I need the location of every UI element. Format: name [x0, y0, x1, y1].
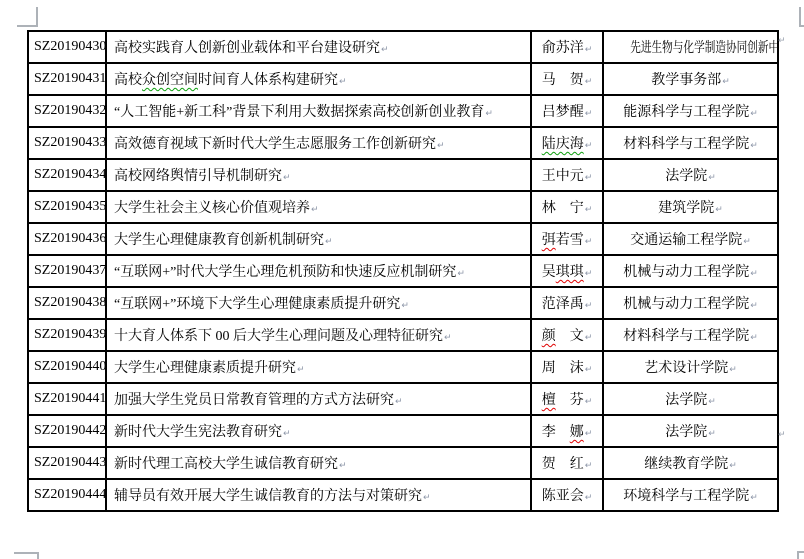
table-row: SZ20190435↵大学生社会主义核心价值观培养↵林 宁↵建筑学院↵	[28, 191, 778, 223]
end-of-cell-mark: ↵	[283, 429, 291, 439]
cell-text: 周 沫	[542, 361, 584, 376]
end-of-cell-mark: ↵	[283, 173, 291, 183]
cell-text: 时间育人体系构建研究	[198, 73, 338, 88]
end-of-cell-mark: ↵	[585, 109, 593, 119]
cell-text: 机械与动力工程学院	[623, 297, 749, 312]
end-of-cell-mark: ↵	[585, 461, 593, 471]
end-of-cell-mark: ↵	[585, 173, 593, 183]
end-of-cell-mark: ↵	[715, 205, 723, 215]
department-cell[interactable]: 机械与动力工程学院↵	[603, 287, 778, 319]
project-title-cell[interactable]: “人工智能+新工科”背景下利用大数据探索高校创新创业教育↵	[106, 95, 531, 127]
end-of-cell-mark: ↵	[401, 301, 409, 311]
projects-table: SZ20190430↵高校实践育人创新创业载体和平台建设研究↵俞苏洋↵先进生物与…	[27, 30, 779, 512]
end-of-cell-mark: ↵	[729, 461, 737, 471]
end-of-cell-mark: ↵	[585, 237, 593, 247]
cell-text: 继续教育学院	[644, 457, 728, 472]
cell-text: SZ20190433	[34, 135, 106, 150]
end-of-cell-mark: ↵	[585, 141, 593, 151]
project-title-cell[interactable]: 加强大学生党员日常教育管理的方式方法研究↵	[106, 383, 531, 415]
cell-text: SZ20190431	[34, 71, 106, 86]
end-of-cell-mark: ↵	[381, 45, 389, 55]
department-cell[interactable]: 法学院↵	[603, 415, 778, 447]
cell-text: 艺术设计学院	[644, 361, 728, 376]
cell-text: 新时代大学生宪法教育研究	[114, 425, 282, 440]
cell-text: 芬	[556, 393, 584, 408]
cell-text: SZ20190441	[34, 391, 106, 406]
cell-text: 大学生社会主义核心价值观培养	[114, 201, 310, 216]
cell-text: 新时代理工高校大学生诚信教育研究	[114, 457, 338, 472]
cell-text: 法学院	[665, 425, 707, 440]
cell-text: SZ20190444	[34, 487, 106, 502]
project-title-cell[interactable]: 十大育人体系下 00 后大学生心理问题及心理特征研究↵	[106, 319, 531, 351]
cell-text: 高效德育视域下新时代大学生志愿服务工作创新研究	[114, 137, 436, 152]
end-of-cell-mark: ↵	[395, 397, 403, 407]
spellcheck-marked-text: 檀	[542, 393, 556, 408]
table-row: SZ20190432↵“人工智能+新工科”背景下利用大数据探索高校创新创业教育↵…	[28, 95, 778, 127]
end-of-cell-mark: ↵	[585, 397, 593, 407]
cell-text: 加强大学生党员日常教育管理的方式方法研究	[114, 393, 394, 408]
leader-name-cell[interactable]: 颜 文↵	[531, 319, 603, 351]
cell-text: 先进生物与化学制造协同创新中心	[630, 41, 778, 56]
margin-crop-mark-top-left	[36, 7, 38, 26]
department-cell[interactable]: 先进生物与化学制造协同创新中心↵	[603, 31, 778, 63]
cell-text: SZ20190432	[34, 103, 106, 118]
cell-text: 环境科学与工程学院	[623, 489, 749, 504]
end-of-cell-mark: ↵	[750, 269, 758, 279]
end-of-cell-mark: ↵	[457, 269, 465, 279]
table-row: SZ20190433↵高效德育视域下新时代大学生志愿服务工作创新研究↵陆庆海↵材…	[28, 127, 778, 159]
department-cell[interactable]: 交通运输工程学院↵	[603, 223, 778, 255]
cell-text: “人工智能+新工科”背景下利用大数据探索高校创新创业教育	[114, 105, 484, 120]
cell-text: 文	[556, 329, 584, 344]
table-row: SZ20190436↵大学生心理健康教育创新机制研究↵弭若雪↵交通运输工程学院↵	[28, 223, 778, 255]
cell-text: 吕梦醒	[542, 105, 584, 120]
project-id-cell[interactable]: SZ20190438↵	[28, 287, 106, 319]
leader-name-cell[interactable]: 贺 红↵	[531, 447, 603, 479]
cell-text: 范泽禹	[542, 297, 584, 312]
department-cell[interactable]: 材料科学与工程学院↵	[603, 319, 778, 351]
end-of-cell-mark: ↵	[585, 493, 593, 503]
end-of-cell-mark: ↵	[750, 141, 758, 151]
end-of-cell-mark: ↵	[585, 77, 593, 87]
cell-text: 机械与动力工程学院	[623, 265, 749, 280]
leader-name-cell[interactable]: 陈亚会↵	[531, 479, 603, 511]
cell-text: “互联网+”时代大学生心理危机预防和快速反应机制研究	[114, 265, 456, 280]
cell-text: 王中元	[542, 169, 584, 184]
table-row: SZ20190443↵新时代理工高校大学生诚信教育研究↵贺 红↵继续教育学院↵	[28, 447, 778, 479]
project-id-cell[interactable]: SZ20190433↵	[28, 127, 106, 159]
cell-text: 材料科学与工程学院	[623, 329, 749, 344]
cell-text: SZ20190437	[34, 263, 106, 278]
table-row: SZ20190442↵新时代大学生宪法教育研究↵李 娜↵法学院↵	[28, 415, 778, 447]
project-id-cell[interactable]: SZ20190436↵	[28, 223, 106, 255]
leader-name-cell[interactable]: 吕梦醒↵	[531, 95, 603, 127]
end-of-cell-mark: ↵	[750, 301, 758, 311]
leader-name-cell[interactable]: 俞苏洋↵	[531, 31, 603, 63]
department-cell[interactable]: 法学院↵	[603, 159, 778, 191]
end-of-cell-mark: ↵	[750, 493, 758, 503]
department-cell[interactable]: 继续教育学院↵	[603, 447, 778, 479]
project-id-cell[interactable]: SZ20190439↵	[28, 319, 106, 351]
cell-text: 法学院	[665, 169, 707, 184]
project-id-cell[interactable]: SZ20190431↵	[28, 63, 106, 95]
leader-name-cell[interactable]: 吴琪琪↵	[531, 255, 603, 287]
leader-name-cell[interactable]: 李 娜↵	[531, 415, 603, 447]
table-row: SZ20190439↵十大育人体系下 00 后大学生心理问题及心理特征研究↵颜 …	[28, 319, 778, 351]
department-cell[interactable]: 环境科学与工程学院↵	[603, 479, 778, 511]
compressed-text: 先进生物与化学制造协同创新中心↵	[630, 37, 778, 57]
leader-name-cell[interactable]: 王中元↵	[531, 159, 603, 191]
end-of-cell-mark: ↵	[437, 141, 445, 151]
row-end-mark: ↵	[778, 430, 786, 440]
end-of-cell-mark: ↵	[325, 237, 333, 247]
project-id-cell[interactable]: SZ20190435↵	[28, 191, 106, 223]
project-title-cell[interactable]: 辅导员有效开展大学生诚信教育的方法与对策研究↵	[106, 479, 531, 511]
cell-text: SZ20190443	[34, 455, 106, 470]
row-end-mark: ↵	[778, 36, 786, 46]
cell-text: 教学事务部	[651, 73, 721, 88]
department-cell[interactable]: 建筑学院↵	[603, 191, 778, 223]
end-of-cell-mark: ↵	[708, 429, 716, 439]
leader-name-cell[interactable]: 檀 芬↵	[531, 383, 603, 415]
spellcheck-marked-text: 弭	[542, 233, 556, 248]
cell-text: 十大育人体系下 00 后大学生心理问题及心理特征研究	[114, 329, 443, 344]
end-of-cell-mark: ↵	[708, 397, 716, 407]
project-id-cell[interactable]: SZ20190441↵	[28, 383, 106, 415]
end-of-cell-mark: ↵	[585, 301, 593, 311]
department-cell[interactable]: 教学事务部↵	[603, 63, 778, 95]
cell-text: 交通运输工程学院	[630, 233, 742, 248]
end-of-cell-mark: ↵	[339, 77, 347, 87]
cell-text: 大学生心理健康素质提升研究	[114, 361, 296, 376]
table-row: SZ20190444↵辅导员有效开展大学生诚信教育的方法与对策研究↵陈亚会↵环境…	[28, 479, 778, 511]
department-cell[interactable]: 艺术设计学院↵	[603, 351, 778, 383]
spellcheck-marked-text: 陆庆海	[542, 137, 584, 152]
end-of-cell-mark: ↵	[585, 333, 593, 343]
project-id-cell[interactable]: SZ20190430↵	[28, 31, 106, 63]
margin-crop-mark-top-right	[799, 25, 804, 27]
end-of-cell-mark: ↵	[750, 109, 758, 119]
cell-text: 法学院	[665, 393, 707, 408]
cell-text: 高校	[114, 73, 142, 88]
cell-text: SZ20190434	[34, 167, 106, 182]
leader-name-cell[interactable]: 周 沫↵	[531, 351, 603, 383]
end-of-cell-mark: ↵	[750, 333, 758, 343]
project-title-cell[interactable]: 高校网络舆情引导机制研究↵	[106, 159, 531, 191]
project-title-cell[interactable]: 新时代大学生宪法教育研究↵	[106, 415, 531, 447]
table-row: SZ20190440↵大学生心理健康素质提升研究↵周 沫↵艺术设计学院↵	[28, 351, 778, 383]
project-title-cell[interactable]: 新时代理工高校大学生诚信教育研究↵	[106, 447, 531, 479]
project-title-cell[interactable]: 大学生心理健康教育创新机制研究↵	[106, 223, 531, 255]
end-of-cell-mark: ↵	[585, 365, 593, 375]
cell-text: 材料科学与工程学院	[623, 137, 749, 152]
margin-crop-mark-bottom-left	[37, 552, 39, 559]
cell-text: SZ20190442	[34, 423, 106, 438]
end-of-cell-mark: ↵	[485, 109, 493, 119]
cell-text: SZ20190430	[34, 39, 106, 54]
project-title-cell[interactable]: 大学生心理健康素质提升研究↵	[106, 351, 531, 383]
end-of-cell-mark: ↵	[585, 45, 593, 55]
spellcheck-marked-text: 颜	[542, 329, 556, 344]
project-id-cell[interactable]: SZ20190444↵	[28, 479, 106, 511]
project-id-cell[interactable]: SZ20190442↵	[28, 415, 106, 447]
cell-text: 吴	[542, 265, 556, 280]
department-cell[interactable]: 法学院↵	[603, 383, 778, 415]
margin-crop-mark-top-right	[799, 7, 801, 26]
cell-text: 辅导员有效开展大学生诚信教育的方法与对策研究	[114, 489, 422, 504]
end-of-cell-mark: ↵	[743, 237, 751, 247]
table-row: SZ20190437↵“互联网+”时代大学生心理危机预防和快速反应机制研究↵吴琪…	[28, 255, 778, 287]
department-cell[interactable]: 能源科学与工程学院↵	[603, 95, 778, 127]
end-of-cell-mark: ↵	[311, 205, 319, 215]
cell-text: 若雪	[556, 233, 584, 248]
cell-text: 马 贺	[542, 73, 584, 88]
table-row: SZ20190441↵加强大学生党员日常教育管理的方式方法研究↵檀 芬↵法学院↵	[28, 383, 778, 415]
cell-text: 建筑学院	[658, 201, 714, 216]
cell-text: 李	[542, 425, 570, 440]
project-id-cell[interactable]: SZ20190440↵	[28, 351, 106, 383]
leader-name-cell[interactable]: 陆庆海↵	[531, 127, 603, 159]
margin-crop-mark-bottom-right	[797, 551, 799, 559]
table-row: SZ20190438↵“互联网+”环境下大学生心理健康素质提升研究↵范泽禹↵机械…	[28, 287, 778, 319]
end-of-cell-mark: ↵	[444, 333, 452, 343]
end-of-cell-mark: ↵	[423, 493, 431, 503]
end-of-cell-mark: ↵	[729, 365, 737, 375]
end-of-cell-mark: ↵	[708, 173, 716, 183]
end-of-cell-mark: ↵	[297, 365, 305, 375]
cell-text: SZ20190436	[34, 231, 106, 246]
cell-text: 贺 红	[542, 457, 584, 472]
cell-text: SZ20190440	[34, 359, 106, 374]
cell-text: “互联网+”环境下大学生心理健康素质提升研究	[114, 297, 400, 312]
cell-text: SZ20190439	[34, 327, 106, 342]
cell-text: 陈亚会	[542, 489, 584, 504]
margin-crop-mark-top-left	[17, 25, 38, 27]
leader-name-cell[interactable]: 弭若雪↵	[531, 223, 603, 255]
project-id-cell[interactable]: SZ20190432↵	[28, 95, 106, 127]
spellcheck-marked-text: 琪琪	[556, 265, 584, 280]
table-row: SZ20190430↵高校实践育人创新创业载体和平台建设研究↵俞苏洋↵先进生物与…	[28, 31, 778, 63]
spellcheck-marked-text: 娜	[570, 425, 584, 440]
cell-text: 高校网络舆情引导机制研究	[114, 169, 282, 184]
project-id-cell[interactable]: SZ20190443↵	[28, 447, 106, 479]
cell-text: 大学生心理健康教育创新机制研究	[114, 233, 324, 248]
cell-text: 能源科学与工程学院	[623, 105, 749, 120]
project-title-cell[interactable]: “互联网+”时代大学生心理危机预防和快速反应机制研究↵	[106, 255, 531, 287]
cell-text: 林 宁	[542, 201, 584, 216]
cell-text: 高校实践育人创新创业载体和平台建设研究	[114, 41, 380, 56]
cell-text: SZ20190435	[34, 199, 106, 214]
spellcheck-marked-text: 众创空间	[142, 73, 198, 88]
end-of-cell-mark: ↵	[339, 461, 347, 471]
leader-name-cell[interactable]: 马 贺↵	[531, 63, 603, 95]
project-title-cell[interactable]: 大学生社会主义核心价值观培养↵	[106, 191, 531, 223]
table-row: SZ20190434↵高校网络舆情引导机制研究↵王中元↵法学院↵	[28, 159, 778, 191]
department-cell[interactable]: 材料科学与工程学院↵	[603, 127, 778, 159]
document-page: SZ20190430↵高校实践育人创新创业载体和平台建设研究↵俞苏洋↵先进生物与…	[0, 0, 804, 559]
project-title-cell[interactable]: 高效德育视域下新时代大学生志愿服务工作创新研究↵	[106, 127, 531, 159]
project-id-cell[interactable]: SZ20190434↵	[28, 159, 106, 191]
project-id-cell[interactable]: SZ20190437↵	[28, 255, 106, 287]
department-cell[interactable]: 机械与动力工程学院↵	[603, 255, 778, 287]
table-row: SZ20190431↵高校众创空间时间育人体系构建研究↵马 贺↵教学事务部↵	[28, 63, 778, 95]
leader-name-cell[interactable]: 林 宁↵	[531, 191, 603, 223]
end-of-cell-mark: ↵	[585, 269, 593, 279]
leader-name-cell[interactable]: 范泽禹↵	[531, 287, 603, 319]
margin-crop-mark-bottom-left	[14, 552, 39, 554]
project-title-cell[interactable]: “互联网+”环境下大学生心理健康素质提升研究↵	[106, 287, 531, 319]
end-of-cell-mark: ↵	[722, 77, 730, 87]
cell-text: SZ20190438	[34, 295, 106, 310]
project-title-cell[interactable]: 高校实践育人创新创业载体和平台建设研究↵	[106, 31, 531, 63]
project-title-cell[interactable]: 高校众创空间时间育人体系构建研究↵	[106, 63, 531, 95]
end-of-cell-mark: ↵	[585, 205, 593, 215]
end-of-cell-mark: ↵	[585, 429, 593, 439]
cell-text: 俞苏洋	[542, 41, 584, 56]
